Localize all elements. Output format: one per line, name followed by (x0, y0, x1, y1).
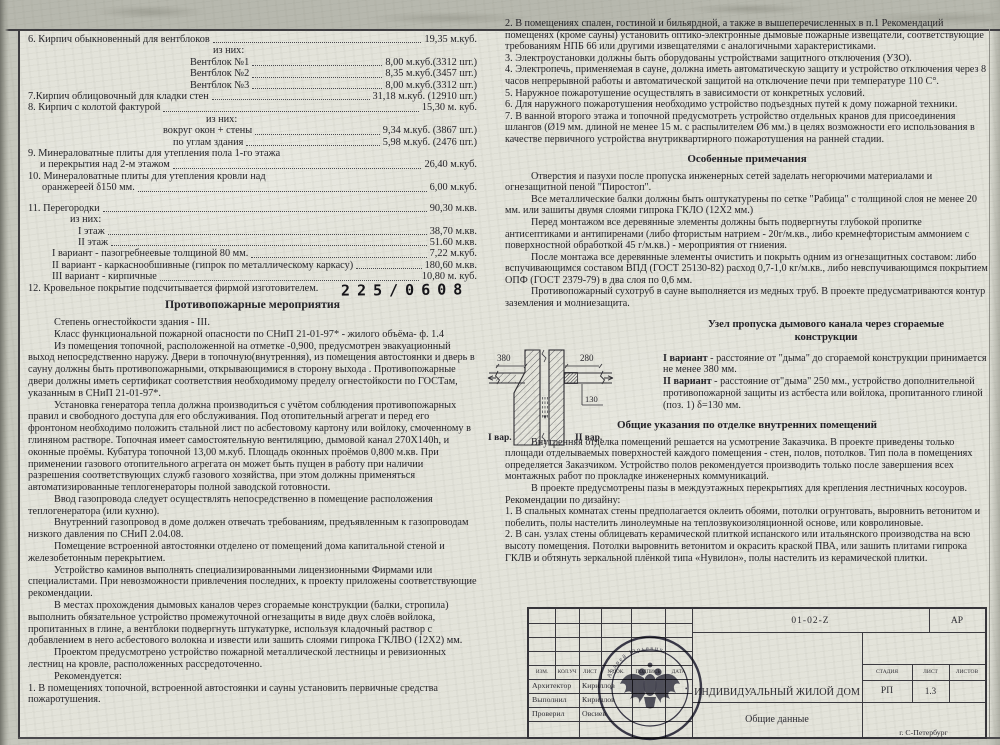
material-value: 9,34 м.куб. (3867 шт.) (383, 125, 477, 136)
list-gap (28, 194, 477, 203)
variant-lead: II вариант (663, 376, 712, 387)
material-value: 5,98 м.куб. (2476 шт.) (383, 137, 477, 148)
dot-leader (138, 191, 427, 192)
material-row: оранжереей δ150 мм.6,00 м.куб. (28, 182, 477, 193)
tb-doc-number: 01-02-Z (692, 609, 929, 632)
material-value: 180,60 м.кв. (425, 260, 477, 271)
dot-leader (252, 88, 382, 89)
material-label: 10. Минераловатные плиты для утепления к… (28, 171, 266, 182)
material-value: 26,40 м.куб. (424, 159, 477, 170)
felt-pad-pos1 (565, 373, 578, 384)
variant-1-label: I вар. (488, 433, 512, 443)
duct-node-section: Узел пропуска дымового канала через сгор… (663, 318, 989, 412)
material-label: II вариант - каркаснообшивные (гипрок по… (28, 260, 353, 271)
paragraph: 2. В помещениях спален, гостиной и билья… (505, 18, 989, 53)
material-row: I этаж38,70 м.кв. (28, 226, 477, 237)
tb-stage-value: РП (862, 680, 912, 702)
right-column: 2. В помещениях спален, гостиной и билья… (505, 18, 989, 564)
material-row: 10. Минераловатные плиты для утепления к… (28, 171, 477, 182)
dim-130: 130 (585, 394, 598, 404)
material-label: 8. Кирпич с колотой фактурой (28, 102, 160, 113)
special-notes-paragraphs: Отверстия и пазухи после пропуска инжене… (505, 171, 989, 310)
material-row: из них: (28, 214, 477, 225)
paragraph: Противопожарный сухотруб в сауне выполня… (505, 286, 989, 309)
material-label: Вентблок №3 (28, 80, 249, 91)
variant-2-label: II вар. (575, 433, 602, 443)
material-label: из них: (28, 114, 237, 125)
dot-leader (163, 111, 418, 112)
material-value: 38,70 м.кв. (430, 226, 477, 237)
material-row: Вентблок №28,35 м.куб.(3457 шт.) (28, 68, 477, 79)
fire-section-header: 225/0608 Противопожарные мероприятия (28, 298, 477, 311)
arrow-right (604, 376, 613, 380)
paragraph: Перед монтажом все деревянные элементы д… (505, 217, 989, 252)
material-label: 9. Минераловатные плиты для утепления по… (28, 148, 280, 159)
tb-code: АР (929, 609, 985, 632)
material-label: из них: (28, 45, 244, 56)
paragraph: Устройство каминов выполнять специализир… (28, 565, 477, 600)
duct-node-title: Узел пропуска дымового канала через сгор… (663, 318, 989, 344)
material-value: 19,35 м.куб. (424, 34, 477, 45)
material-row: Вентблок №38,00 м.куб.(3312 шт.) (28, 80, 477, 91)
material-row: I вариант - пазогребнеевые толщиной 80 м… (28, 248, 477, 259)
chimney-variant-2 (549, 350, 564, 445)
material-label: Вентблок №2 (28, 68, 249, 79)
fire-items-continued: 2. В помещениях спален, гостиной и билья… (505, 18, 989, 146)
dot-leader (213, 42, 422, 43)
paragraph: Из помещения топочной, расположенной на … (28, 341, 477, 400)
smoke-arrowhead (543, 416, 547, 420)
material-value: 7,22 м.куб. (430, 248, 477, 259)
special-notes-title: Особенные примечания (505, 153, 989, 166)
dim-280: 280 (580, 353, 594, 363)
tb-sheet-label: ЛИСТ (912, 665, 949, 679)
tb-header-koluch: КОЛ.УЧ (555, 666, 579, 678)
material-row: 7.Кирпич облицовочный для кладки стен31,… (28, 91, 477, 102)
paragraph: 1. В спальных комнатах стены предполагае… (505, 506, 989, 529)
paragraph: Внутренний газопровод в доме должен отве… (28, 517, 477, 541)
material-label: вокруг окон + стены (28, 125, 252, 136)
tb-stage-label: СТАДИЯ (862, 665, 912, 679)
left-column: 6. Кирпич обыкновенный для вентблоков19,… (28, 34, 477, 706)
dot-leader (103, 211, 427, 212)
dot-leader (251, 257, 426, 258)
material-value: 51.60 м.кв. (430, 237, 477, 248)
dot-leader (255, 134, 380, 135)
tb-city: г. С-Петербург (862, 702, 985, 742)
material-label: I вариант - пазогребнеевые толщиной 80 м… (28, 248, 248, 259)
material-row: из них: (28, 114, 477, 125)
round-seal-stamp: Андрей Юрьевич • • (594, 632, 706, 744)
material-label: Вентблок №1 (28, 57, 249, 68)
duct-node-diagram: 380 280 130 I вар. II вар. (487, 347, 615, 451)
tb-sheets-label: ЛИСТОВ (949, 665, 985, 679)
material-label: III вариант - кирпичные (28, 271, 157, 282)
paragraph: Установка генератора тепла должна произв… (28, 400, 477, 494)
material-row: 11. Перегородки90,30 м.кв. (28, 203, 477, 214)
variant-paragraph: I вариант - расстояние от "дыма" до сгор… (663, 353, 989, 377)
scan-left-edge (0, 0, 9, 745)
paragraph: Отверстия и пазухи после пропуска инжене… (505, 171, 989, 194)
tb-role-architect: Архитектор (532, 681, 579, 690)
dim-380: 380 (497, 353, 511, 363)
material-label: по углам здания (28, 137, 243, 148)
frame-left-line (18, 29, 20, 739)
material-label: из них: (28, 214, 101, 225)
paragraph: В местах прохождения дымовых каналов чер… (28, 600, 477, 647)
paragraph: Проектом предусмотрено устройство пожарн… (28, 647, 477, 671)
dot-leader (252, 77, 382, 78)
material-label: II этаж (28, 237, 108, 248)
material-value: 15,30 м. куб. (422, 102, 477, 113)
registration-stamp-number: 225/0608 (341, 280, 469, 299)
tb-sheet-value: 1.3 (912, 680, 949, 702)
material-label: 12. Кровельное покрытие подсчитывается ф… (28, 283, 318, 294)
material-value: 8,35 м.куб.(3457 шт.) (385, 68, 477, 79)
paragraph: 3. Электроустановки должны быть оборудов… (505, 53, 989, 65)
dot-leader (252, 65, 382, 66)
paragraph: 5. Наружное пожаротушение осуществлять в… (505, 88, 989, 100)
duct-node-variants: I вариант - расстояние от "дыма" до сгор… (663, 353, 989, 412)
material-label: 11. Перегородки (28, 203, 100, 214)
material-row: 8. Кирпич с колотой фактурой15,30 м. куб… (28, 102, 477, 113)
materials-list: 6. Кирпич обыкновенный для вентблоков19,… (28, 34, 477, 294)
material-row: 9. Минераловатные плиты для утепления по… (28, 148, 477, 159)
dot-leader (212, 99, 370, 100)
material-row: из них: (28, 45, 477, 56)
paragraph: 7. В ванной второго этажа и топочной пре… (505, 111, 989, 146)
material-value: 6,00 м.куб. (430, 182, 477, 193)
fire-section-paragraphs: Степень огнестойкости здания - III.Класс… (28, 317, 477, 706)
paragraph: Ввод газопровода следует осуществлять не… (28, 494, 477, 518)
paragraph: Рекомендации по дизайну: (505, 495, 989, 507)
paragraph: 2. В сан. узлах стены облицевать керамич… (505, 529, 989, 564)
material-value: 90,30 м.кв. (430, 203, 477, 214)
paragraph: Помещение встроенной автостоянки отделен… (28, 541, 477, 565)
arrow-left (488, 376, 496, 380)
material-row: вокруг окон + стены9,34 м.куб. (3867 шт.… (28, 125, 477, 136)
variant-lead: I вариант (663, 353, 708, 364)
paragraph: В проекте предусмотрены пазы в междуэтаж… (505, 483, 989, 495)
material-row: и перекрытия над 2-м этажом26,40 м.куб. (28, 159, 477, 170)
dot-leader (246, 145, 379, 146)
variant-paragraph: II вариант - расстояние от"дыма" 250 мм.… (663, 376, 989, 411)
material-label: 6. Кирпич обыкновенный для вентблоков (28, 34, 210, 45)
material-value: 31,18 м.куб. (12910 шт.) (373, 91, 478, 102)
paragraph: 6. Для наружного пожаротушения необходим… (505, 99, 989, 111)
tb-project-title: ИНДИВИДУАЛЬНЫЙ ЖИЛОЙ ДОМ (694, 632, 860, 704)
paragraph: Класс функциональной пожарной опасности … (28, 329, 477, 341)
tb-sheet-name: Общие данные (694, 702, 860, 737)
double-headed-eagle-icon (620, 663, 680, 709)
dot-leader (356, 268, 421, 269)
dot-leader (108, 234, 427, 235)
paragraph: Все металлические балки должны быть ошту… (505, 194, 989, 217)
material-label: и перекрытия над 2-м этажом (28, 159, 170, 170)
material-label: 7.Кирпич облицовочный для кладки стен (28, 91, 209, 102)
paragraph: Рекомендуется: (28, 671, 477, 683)
paragraph: Степень огнестойкости здания - III. (28, 317, 477, 329)
finish-section-paragraphs: Внутренняя отделка помещений решается на… (505, 437, 989, 565)
dot-leader (111, 245, 427, 246)
material-label: оранжереей δ150 мм. (28, 182, 135, 193)
material-row: II этаж51.60 м.кв. (28, 237, 477, 248)
paragraph: После монтажа все деревянные элементы оч… (505, 252, 989, 287)
material-row: по углам здания5,98 м.куб. (2476 шт.) (28, 137, 477, 148)
frame-right-line (989, 29, 990, 737)
material-row: II вариант - каркаснообшивные (гипрок по… (28, 260, 477, 271)
material-value: 8,00 м.куб.(3312 шт.) (385, 57, 477, 68)
paragraph: 1. В помещениях топочной, встроенной авт… (28, 683, 477, 707)
tb-role-author: Выполнил (532, 695, 579, 704)
material-value: 8,00 м.куб.(3312 шт.) (385, 80, 477, 91)
dot-leader (173, 168, 422, 169)
tb-header-izm: ИЗМ. (529, 666, 555, 678)
fire-section-title: Противопожарные мероприятия (28, 298, 477, 311)
paragraph: 4. Электропечь, применяемая в сауне, дол… (505, 64, 989, 87)
material-row: Вентблок №18,00 м.куб.(3312 шт.) (28, 57, 477, 68)
tb-role-checker: Проверил (532, 709, 579, 718)
material-row: 6. Кирпич обыкновенный для вентблоков19,… (28, 34, 477, 45)
material-label: I этаж (28, 226, 105, 237)
